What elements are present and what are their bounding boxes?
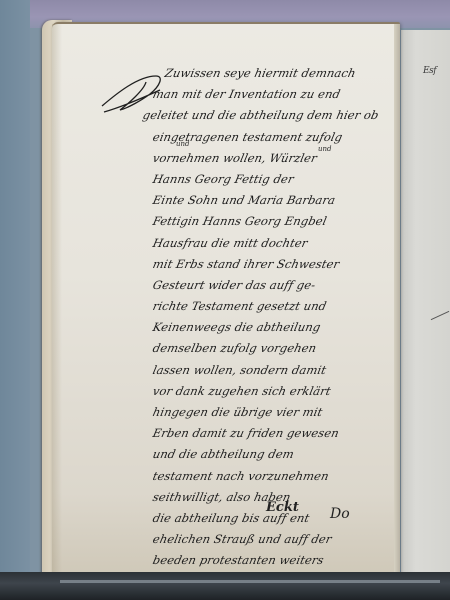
text-line: und die abtheilung dem <box>150 447 405 468</box>
interlinear-insertion: und <box>318 145 332 153</box>
text-line: Einte Sohn und Maria Barbara <box>150 193 405 214</box>
text-line: Erben damit zu friden gewesen <box>150 426 405 447</box>
signature-mark: Eckt <box>266 500 299 515</box>
text-line: lassen wollen, sondern damit <box>150 363 405 384</box>
text-line: testament nach vorzunehmen <box>150 469 405 490</box>
folio-number: Esf <box>423 66 436 76</box>
interlinear-insertion: und <box>176 140 190 148</box>
text-line: Zuwissen seye hiermit demnach <box>150 66 405 87</box>
text-line: demselben zufolg vorgehen <box>150 341 405 362</box>
text-line: geleitet und die abtheilung dem hier ob <box>140 108 405 129</box>
text-line: vornehmen wollen, Würzler <box>150 151 405 172</box>
text-line: Keinenweegs die abtheilung <box>150 320 405 341</box>
text-line: Hausfrau die mitt dochter <box>150 236 405 257</box>
text-line: man mit der Inventation zu end <box>150 87 405 108</box>
text-line: vor dank zugehen sich erklärt <box>150 384 405 405</box>
background-left <box>0 0 30 600</box>
text-line: Fettigin Hanns Georg Engbel <box>150 214 405 235</box>
text-line: richte Testament gesetzt und <box>150 299 405 320</box>
shelf-edge <box>0 572 450 600</box>
text-line: hingegen die übrige vier mit <box>150 405 405 426</box>
facing-page <box>401 30 450 590</box>
text-line: mit Erbs stand ihrer Schwester <box>150 257 405 278</box>
text-line: Gesteurt wider das auff ge- <box>150 278 405 299</box>
closing-mark: Do <box>330 506 350 522</box>
text-line: ehelichen Strauß und auff der <box>150 532 405 553</box>
text-line: Hanns Georg Fettig der <box>150 172 405 193</box>
